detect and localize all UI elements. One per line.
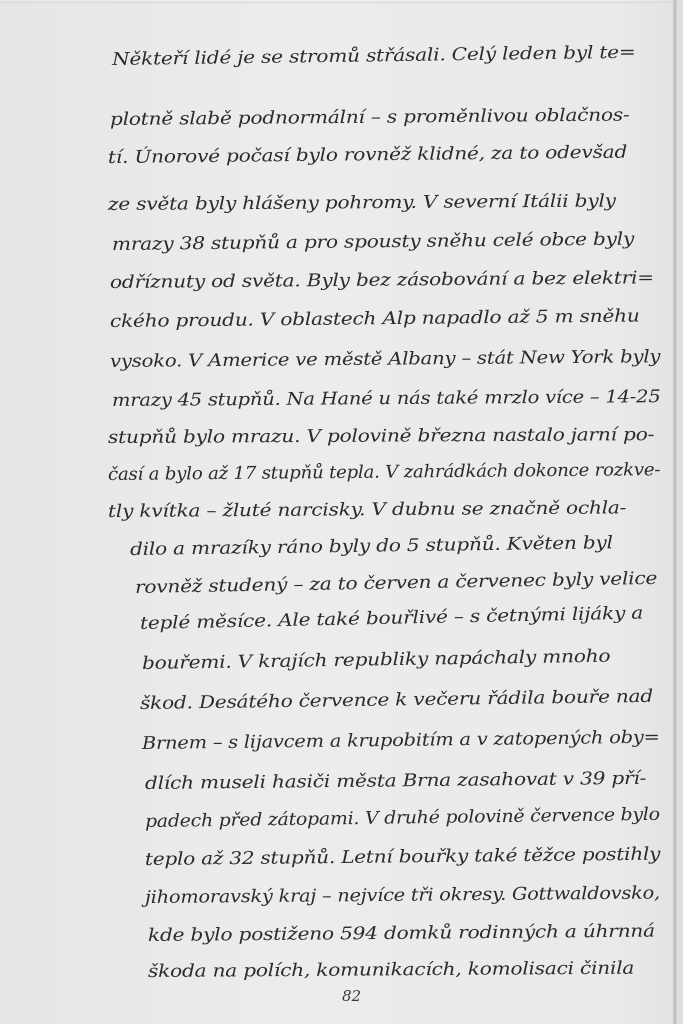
text-line-24: škoda na polích, komunikacích, komolisac… xyxy=(148,959,634,982)
page-number: 82 xyxy=(342,987,361,1005)
text-line-13: dilo a mrazíky ráno byly do 5 stupňů. Kv… xyxy=(130,533,613,560)
text-line-18: Brnem – s lijavcem a krupobitím a v zato… xyxy=(142,728,660,754)
text-line-19: dlích museli hasiči města Brna zasahovat… xyxy=(145,769,646,794)
text-line-4: ze světa byly hlášeny pohromy. V severní… xyxy=(108,191,616,215)
text-line-3: tí. Únorové počasí bylo rovněž klidné, z… xyxy=(108,143,627,168)
text-line-1: Někteří lidé je se stromů střásali. Celý… xyxy=(112,43,636,70)
text-line-8: vysoko. V Americe ve městě Albany – stát… xyxy=(110,347,660,372)
text-line-16: bouřemi. V krajích republiky napáchaly m… xyxy=(142,647,611,674)
text-line-12: tly kvítka – žluté narcisky. V dubnu se … xyxy=(108,498,626,522)
text-line-11: časí a bylo až 17 stupňů tepla. V zahrád… xyxy=(108,460,660,485)
text-line-7: ckého proudu. V oblastech Alp napadlo až… xyxy=(110,306,640,332)
text-line-17: škod. Desátého července k večeru řádila … xyxy=(140,687,653,714)
text-line-5: mrazy 38 stupňů a pro spousty sněhu celé… xyxy=(112,230,634,255)
text-line-10: stupňů bylo mrazu. V polovině března nas… xyxy=(108,425,654,448)
text-line-22: jihomoravský kraj – nejvíce tři okresy. … xyxy=(145,884,660,908)
text-line-2: plotně slabě podnormální – s proměnlivou… xyxy=(110,105,630,130)
page-gutter xyxy=(677,0,683,1024)
text-line-15: teplé měsíce. Ale také bouřlivé – s četn… xyxy=(140,603,643,634)
text-line-6: odříznuty od světa. Byly bez zásobování … xyxy=(110,268,654,293)
notebook-page: Někteří lidé je se stromů střásali. Celý… xyxy=(0,0,683,1024)
text-line-9: mrazy 45 stupňů. Na Hané u nás také mrzl… xyxy=(112,387,661,411)
text-line-20: padech před zátopami. V druhé polovině č… xyxy=(145,805,660,832)
text-line-14: rovněž studený – za to červen a červenec… xyxy=(135,569,657,598)
page-top-edge xyxy=(0,2,683,3)
text-line-21: teplo až 32 stupňů. Letní bouřky také tě… xyxy=(145,845,660,870)
text-line-23: kde bylo postiženo 594 domků rodinných a… xyxy=(148,922,655,946)
